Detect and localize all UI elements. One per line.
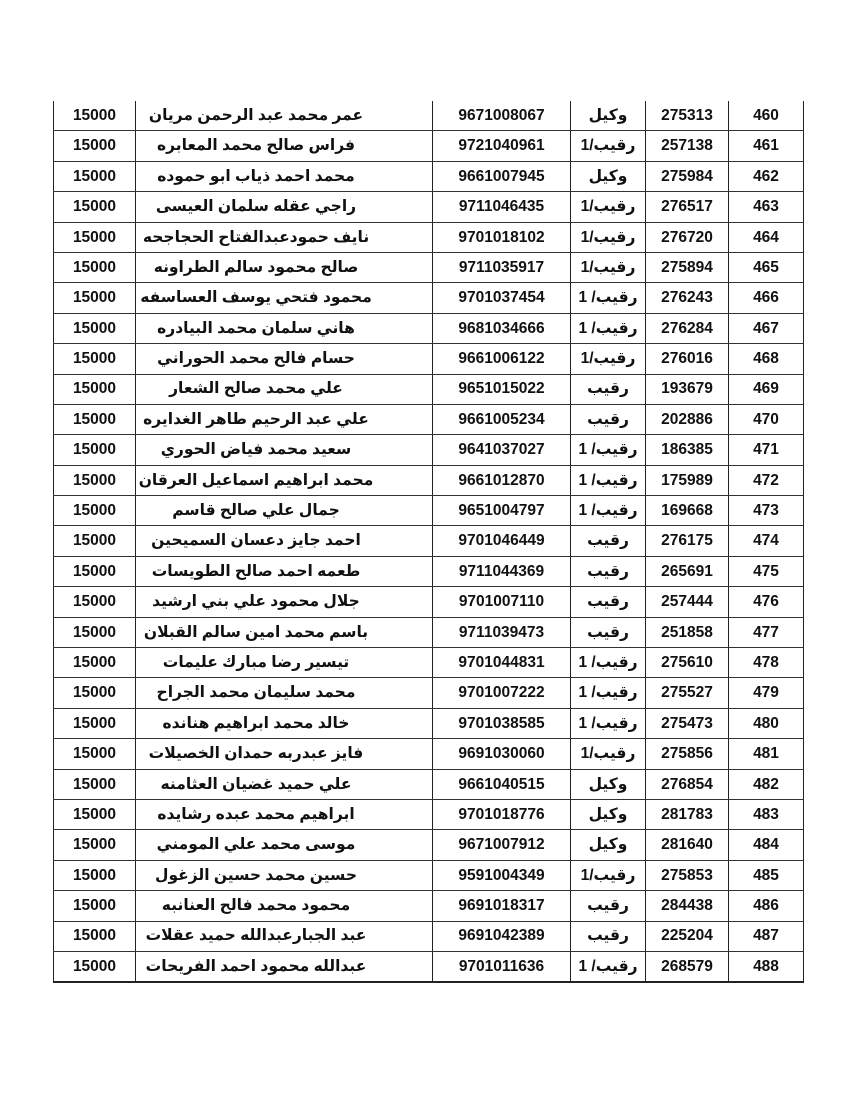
amount-cell: 15000 <box>54 252 136 282</box>
name-text: محمود فتحي يوسف العساسفه <box>140 290 372 306</box>
rank-cell: وكيل <box>571 799 646 829</box>
serial-number-cell: 483 <box>729 799 804 829</box>
serial-number-cell: 471 <box>729 435 804 465</box>
amount-cell: 15000 <box>54 951 136 982</box>
table-row: 15000 حسام فالح محمد الحوراني 9661006122… <box>54 344 804 374</box>
rank-cell: رقيب/1 <box>571 222 646 252</box>
serial-number-cell: 470 <box>729 404 804 434</box>
rank-cell: وكيل <box>571 101 646 131</box>
military-number-cell: 169668 <box>646 496 729 526</box>
amount-cell: 15000 <box>54 465 136 495</box>
name-text: احمد جايز دعسان السميحين <box>151 533 361 549</box>
national-id-cell: 9721040961 <box>433 131 571 161</box>
serial-number-cell: 474 <box>729 526 804 556</box>
table-row: 15000 علي محمد صالح الشعار 9651015022 رق… <box>54 374 804 404</box>
name-cell: جلال محمود علي بني ارشيد <box>136 587 433 617</box>
rank-cell: رقيب/1 <box>571 344 646 374</box>
rank-cell: رقيب/ 1 <box>571 951 646 982</box>
name-text: محمد احمد ذياب ابو حموده <box>157 169 355 185</box>
name-text: محمود محمد فالح العنانبه <box>162 898 350 914</box>
name-cell: محمد احمد ذياب ابو حموده <box>136 161 433 191</box>
rank-cell: رقيب/1 <box>571 252 646 282</box>
serial-number-cell: 462 <box>729 161 804 191</box>
amount-cell: 15000 <box>54 678 136 708</box>
table-row: 15000 جلال محمود علي بني ارشيد 970100711… <box>54 587 804 617</box>
serial-number-cell: 467 <box>729 313 804 343</box>
rank-cell: رقيب/1 <box>571 860 646 890</box>
serial-number-cell: 480 <box>729 708 804 738</box>
military-number-cell: 276284 <box>646 313 729 343</box>
name-cell: تيسير رضا مبارك عليمات <box>136 648 433 678</box>
military-number-cell: 275610 <box>646 648 729 678</box>
name-cell: جمال علي صالح قاسم <box>136 496 433 526</box>
national-id-cell: 9711046435 <box>433 192 571 222</box>
name-text: نايف حمودعبدالفتاح الحجاجحه <box>143 230 369 246</box>
amount-cell: 15000 <box>54 830 136 860</box>
military-number-cell: 276854 <box>646 769 729 799</box>
name-cell: علي محمد صالح الشعار <box>136 374 433 404</box>
military-number-cell: 202886 <box>646 404 729 434</box>
amount-cell: 15000 <box>54 435 136 465</box>
amount-cell: 15000 <box>54 891 136 921</box>
military-number-cell: 276720 <box>646 222 729 252</box>
amount-cell: 15000 <box>54 708 136 738</box>
rank-cell: رقيب/ 1 <box>571 496 646 526</box>
serial-number-cell: 486 <box>729 891 804 921</box>
amount-cell: 15000 <box>54 374 136 404</box>
national-id-cell: 9661007945 <box>433 161 571 191</box>
national-id-cell: 9641037027 <box>433 435 571 465</box>
roster-table: 15000 عمر محمد عبد الرحمن مريان 96710080… <box>53 101 804 983</box>
table-row: 15000 محمد ابراهيم اسماعيل العرقان 96610… <box>54 465 804 495</box>
military-number-cell: 275894 <box>646 252 729 282</box>
military-number-cell: 275856 <box>646 739 729 769</box>
national-id-cell: 9701044831 <box>433 648 571 678</box>
military-number-cell: 175989 <box>646 465 729 495</box>
name-cell: عبدالله محمود احمد الفريحات <box>136 951 433 982</box>
name-text: راجي عقله سلمان العيسى <box>156 199 356 215</box>
military-number-cell: 284438 <box>646 891 729 921</box>
rank-cell: رقيب <box>571 404 646 434</box>
name-cell: موسى محمد علي المومني <box>136 830 433 860</box>
name-text: هاني سلمان محمد البيادره <box>157 321 355 337</box>
name-cell: سعيد محمد فياض الحوري <box>136 435 433 465</box>
name-text: محمد ابراهيم اسماعيل العرقان <box>139 473 374 489</box>
name-text: عبدالله محمود احمد الفريحات <box>146 959 367 975</box>
national-id-cell: 9701007222 <box>433 678 571 708</box>
name-text: علي محمد صالح الشعار <box>169 381 343 397</box>
serial-number-cell: 475 <box>729 556 804 586</box>
military-number-cell: 275984 <box>646 161 729 191</box>
name-text: جمال علي صالح قاسم <box>172 503 340 519</box>
name-text: سعيد محمد فياض الحوري <box>161 442 352 458</box>
name-cell: ابراهيم محمد عبده رشايده <box>136 799 433 829</box>
military-number-cell: 276517 <box>646 192 729 222</box>
table-row: 15000 صالح محمود سالم الطراونه 971103591… <box>54 252 804 282</box>
table-row: 15000 محمود محمد فالح العنانبه 969101831… <box>54 891 804 921</box>
serial-number-cell: 487 <box>729 921 804 951</box>
rank-cell: رقيب <box>571 921 646 951</box>
national-id-cell: 9651004797 <box>433 496 571 526</box>
rank-cell: رقيب/ 1 <box>571 283 646 313</box>
serial-number-cell: 481 <box>729 739 804 769</box>
national-id-cell: 9661012870 <box>433 465 571 495</box>
national-id-cell: 9691018317 <box>433 891 571 921</box>
name-text: جلال محمود علي بني ارشيد <box>152 594 360 610</box>
table-row: 15000 فايز عبدربه حمدان الخصيلات 9691030… <box>54 739 804 769</box>
serial-number-cell: 472 <box>729 465 804 495</box>
document-page: 15000 عمر محمد عبد الرحمن مريان 96710080… <box>0 0 850 1105</box>
name-cell: طعمه احمد صالح الطويسات <box>136 556 433 586</box>
military-number-cell: 276175 <box>646 526 729 556</box>
national-id-cell: 9691030060 <box>433 739 571 769</box>
national-id-cell: 9651015022 <box>433 374 571 404</box>
name-cell: احمد جايز دعسان السميحين <box>136 526 433 556</box>
national-id-cell: 9701038585 <box>433 708 571 738</box>
name-cell: محمد ابراهيم اسماعيل العرقان <box>136 465 433 495</box>
amount-cell: 15000 <box>54 222 136 252</box>
military-number-cell: 276243 <box>646 283 729 313</box>
name-cell: حسام فالح محمد الحوراني <box>136 344 433 374</box>
national-id-cell: 9591004349 <box>433 860 571 890</box>
amount-cell: 15000 <box>54 526 136 556</box>
roster-table-container: 15000 عمر محمد عبد الرحمن مريان 96710080… <box>53 101 804 983</box>
name-text: فايز عبدربه حمدان الخصيلات <box>149 746 364 762</box>
name-text: فراس صالح محمد المعابره <box>157 138 355 154</box>
rank-cell: رقيب <box>571 587 646 617</box>
military-number-cell: 275527 <box>646 678 729 708</box>
name-text: علي حميد غضيان العثامنه <box>161 777 352 793</box>
military-number-cell: 275853 <box>646 860 729 890</box>
serial-number-cell: 484 <box>729 830 804 860</box>
name-text: علي عبد الرحيم طاهر الغدايره <box>143 412 369 428</box>
rank-cell: رقيب/ 1 <box>571 435 646 465</box>
name-cell: نايف حمودعبدالفتاح الحجاجحه <box>136 222 433 252</box>
name-cell: محمود فتحي يوسف العساسفه <box>136 283 433 313</box>
serial-number-cell: 468 <box>729 344 804 374</box>
rank-cell: رقيب <box>571 374 646 404</box>
name-text: تيسير رضا مبارك عليمات <box>163 655 349 671</box>
name-cell: علي عبد الرحيم طاهر الغدايره <box>136 404 433 434</box>
amount-cell: 15000 <box>54 283 136 313</box>
name-text: باسم محمد امين سالم القبلان <box>144 625 368 641</box>
name-cell: محمد سليمان محمد الجراح <box>136 678 433 708</box>
serial-number-cell: 485 <box>729 860 804 890</box>
table-row: 15000 عبد الجبارعبدالله حميد عقلات 96910… <box>54 921 804 951</box>
table-row: 15000 علي حميد غضيان العثامنه 9661040515… <box>54 769 804 799</box>
amount-cell: 15000 <box>54 161 136 191</box>
name-cell: عمر محمد عبد الرحمن مريان <box>136 101 433 131</box>
serial-number-cell: 482 <box>729 769 804 799</box>
table-row: 15000 عمر محمد عبد الرحمن مريان 96710080… <box>54 101 804 131</box>
name-cell: خالد محمد ابراهيم هنانده <box>136 708 433 738</box>
table-row: 15000 احمد جايز دعسان السميحين 970104644… <box>54 526 804 556</box>
rank-cell: رقيب/ 1 <box>571 708 646 738</box>
amount-cell: 15000 <box>54 192 136 222</box>
amount-cell: 15000 <box>54 587 136 617</box>
table-row: 15000 حسين محمد حسين الزغول 9591004349 ر… <box>54 860 804 890</box>
name-cell: راجي عقله سلمان العيسى <box>136 192 433 222</box>
name-cell: فايز عبدربه حمدان الخصيلات <box>136 739 433 769</box>
rank-cell: رقيب <box>571 526 646 556</box>
name-text: خالد محمد ابراهيم هنانده <box>163 716 350 732</box>
serial-number-cell: 460 <box>729 101 804 131</box>
table-row: 15000 فراس صالح محمد المعابره 9721040961… <box>54 131 804 161</box>
military-number-cell: 281640 <box>646 830 729 860</box>
amount-cell: 15000 <box>54 344 136 374</box>
rank-cell: رقيب/ 1 <box>571 678 646 708</box>
military-number-cell: 186385 <box>646 435 729 465</box>
military-number-cell: 193679 <box>646 374 729 404</box>
rank-cell: وكيل <box>571 830 646 860</box>
amount-cell: 15000 <box>54 769 136 799</box>
rank-cell: رقيب <box>571 556 646 586</box>
name-cell: باسم محمد امين سالم القبلان <box>136 617 433 647</box>
military-number-cell: 225204 <box>646 921 729 951</box>
military-number-cell: 275313 <box>646 101 729 131</box>
national-id-cell: 9661005234 <box>433 404 571 434</box>
serial-number-cell: 469 <box>729 374 804 404</box>
rank-cell: وكيل <box>571 769 646 799</box>
table-row: 15000 تيسير رضا مبارك عليمات 9701044831 … <box>54 648 804 678</box>
name-cell: حسين محمد حسين الزغول <box>136 860 433 890</box>
national-id-cell: 9661040515 <box>433 769 571 799</box>
military-number-cell: 281783 <box>646 799 729 829</box>
table-row: 15000 محمود فتحي يوسف العساسفه 970103745… <box>54 283 804 313</box>
rank-cell: رقيب/ 1 <box>571 313 646 343</box>
national-id-cell: 9671008067 <box>433 101 571 131</box>
national-id-cell: 9711044369 <box>433 556 571 586</box>
amount-cell: 15000 <box>54 617 136 647</box>
table-row: 15000 نايف حمودعبدالفتاح الحجاجحه 970101… <box>54 222 804 252</box>
rank-cell: رقيب/1 <box>571 739 646 769</box>
rank-cell: رقيب/ 1 <box>571 648 646 678</box>
name-cell: فراس صالح محمد المعابره <box>136 131 433 161</box>
table-row: 15000 عبدالله محمود احمد الفريحات 970101… <box>54 951 804 982</box>
military-number-cell: 268579 <box>646 951 729 982</box>
name-text: موسى محمد علي المومني <box>157 837 356 853</box>
serial-number-cell: 473 <box>729 496 804 526</box>
military-number-cell: 275473 <box>646 708 729 738</box>
name-cell: صالح محمود سالم الطراونه <box>136 252 433 282</box>
national-id-cell: 9701037454 <box>433 283 571 313</box>
national-id-cell: 9711035917 <box>433 252 571 282</box>
national-id-cell: 9701046449 <box>433 526 571 556</box>
name-text: ابراهيم محمد عبده رشايده <box>157 807 354 823</box>
table-row: 15000 موسى محمد علي المومني 9671007912 و… <box>54 830 804 860</box>
table-row: 15000 طعمه احمد صالح الطويسات 9711044369… <box>54 556 804 586</box>
military-number-cell: 257444 <box>646 587 729 617</box>
national-id-cell: 9671007912 <box>433 830 571 860</box>
serial-number-cell: 464 <box>729 222 804 252</box>
serial-number-cell: 465 <box>729 252 804 282</box>
table-row: 15000 ابراهيم محمد عبده رشايده 970101877… <box>54 799 804 829</box>
table-row: 15000 محمد احمد ذياب ابو حموده 966100794… <box>54 161 804 191</box>
military-number-cell: 276016 <box>646 344 729 374</box>
rank-cell: رقيب/ 1 <box>571 465 646 495</box>
amount-cell: 15000 <box>54 739 136 769</box>
rank-cell: رقيب <box>571 891 646 921</box>
amount-cell: 15000 <box>54 101 136 131</box>
name-text: محمد سليمان محمد الجراح <box>157 685 356 701</box>
name-cell: هاني سلمان محمد البيادره <box>136 313 433 343</box>
national-id-cell: 9711039473 <box>433 617 571 647</box>
rank-cell: رقيب <box>571 617 646 647</box>
table-row: 15000 جمال علي صالح قاسم 9651004797 رقيب… <box>54 496 804 526</box>
name-text: حسين محمد حسين الزغول <box>155 868 357 884</box>
serial-number-cell: 461 <box>729 131 804 161</box>
serial-number-cell: 477 <box>729 617 804 647</box>
amount-cell: 15000 <box>54 404 136 434</box>
table-row: 15000 راجي عقله سلمان العيسى 9711046435 … <box>54 192 804 222</box>
serial-number-cell: 476 <box>729 587 804 617</box>
amount-cell: 15000 <box>54 921 136 951</box>
serial-number-cell: 466 <box>729 283 804 313</box>
military-number-cell: 265691 <box>646 556 729 586</box>
serial-number-cell: 488 <box>729 951 804 982</box>
national-id-cell: 9681034666 <box>433 313 571 343</box>
national-id-cell: 9701018102 <box>433 222 571 252</box>
amount-cell: 15000 <box>54 496 136 526</box>
amount-cell: 15000 <box>54 313 136 343</box>
amount-cell: 15000 <box>54 799 136 829</box>
serial-number-cell: 463 <box>729 192 804 222</box>
national-id-cell: 9701018776 <box>433 799 571 829</box>
amount-cell: 15000 <box>54 556 136 586</box>
national-id-cell: 9661006122 <box>433 344 571 374</box>
amount-cell: 15000 <box>54 860 136 890</box>
military-number-cell: 251858 <box>646 617 729 647</box>
name-cell: عبد الجبارعبدالله حميد عقلات <box>136 921 433 951</box>
name-cell: علي حميد غضيان العثامنه <box>136 769 433 799</box>
national-id-cell: 9691042389 <box>433 921 571 951</box>
roster-table-body: 15000 عمر محمد عبد الرحمن مريان 96710080… <box>54 101 804 982</box>
name-text: عمر محمد عبد الرحمن مريان <box>149 108 363 124</box>
name-text: حسام فالح محمد الحوراني <box>157 351 355 367</box>
national-id-cell: 9701007110 <box>433 587 571 617</box>
amount-cell: 15000 <box>54 648 136 678</box>
name-text: عبد الجبارعبدالله حميد عقلات <box>146 928 367 944</box>
name-text: طعمه احمد صالح الطويسات <box>152 564 361 580</box>
table-row: 15000 محمد سليمان محمد الجراح 9701007222… <box>54 678 804 708</box>
table-row: 15000 هاني سلمان محمد البيادره 968103466… <box>54 313 804 343</box>
name-cell: محمود محمد فالح العنانبه <box>136 891 433 921</box>
rank-cell: وكيل <box>571 161 646 191</box>
rank-cell: رقيب/1 <box>571 131 646 161</box>
national-id-cell: 9701011636 <box>433 951 571 982</box>
serial-number-cell: 479 <box>729 678 804 708</box>
military-number-cell: 257138 <box>646 131 729 161</box>
serial-number-cell: 478 <box>729 648 804 678</box>
table-row: 15000 خالد محمد ابراهيم هنانده 970103858… <box>54 708 804 738</box>
table-row: 15000 باسم محمد امين سالم القبلان 971103… <box>54 617 804 647</box>
amount-cell: 15000 <box>54 131 136 161</box>
rank-cell: رقيب/1 <box>571 192 646 222</box>
table-row: 15000 سعيد محمد فياض الحوري 9641037027 ر… <box>54 435 804 465</box>
name-text: صالح محمود سالم الطراونه <box>154 260 359 276</box>
table-row: 15000 علي عبد الرحيم طاهر الغدايره 96610… <box>54 404 804 434</box>
